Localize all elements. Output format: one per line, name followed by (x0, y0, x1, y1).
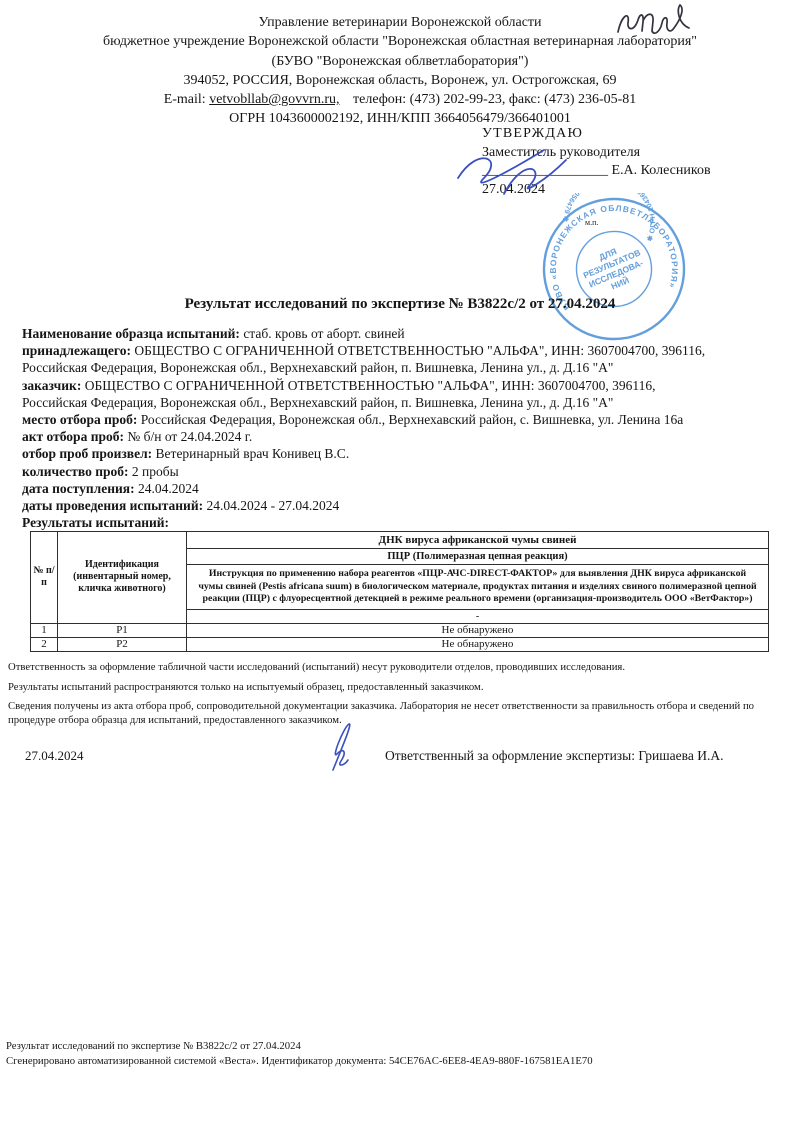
scanned-document-page: Управление ветеринарии Воронежской облас… (0, 0, 800, 1132)
field-sampling-place: место отбора проб: Российская Федерация,… (22, 411, 722, 428)
table-row: 2 P2 Не обнаружено (31, 637, 769, 651)
test-name-cell: ДНК вируса африканской чумы свиней (187, 532, 769, 549)
footer-expertise-line: Результат исследований по экспертизе № В… (6, 1039, 593, 1054)
footer-generated-line: Сгенерировано автоматизированной системо… (6, 1054, 593, 1069)
org-line-contacts: E-mail: vetvobllab@govvrn.ru, телефон: (… (0, 90, 800, 109)
org-line-authority: Управление ветеринарии Воронежской облас… (0, 13, 800, 32)
row-result: Не обнаружено (187, 637, 769, 651)
approver-signature (446, 140, 611, 198)
note-responsibility: Ответственность за оформление табличной … (8, 661, 775, 674)
field-sampling-act: акт отбора проб: № б/н от 24.04.2024 г. (22, 428, 722, 445)
responsible-person: Ответственный за оформление экспертизы: … (385, 748, 723, 764)
round-stamp: БУВО «ВОРОНЕЖСКАЯ ОБЛВЕТЛАБОРАТОРИЯ» ✱ О… (538, 193, 690, 345)
results-table: № п/п Идентификация (инвентарный номер, … (30, 531, 769, 652)
table-header-row: № п/п Идентификация (инвентарный номер, … (31, 532, 769, 549)
org-line-institution: бюджетное учреждение Воронежской области… (0, 32, 800, 51)
row-id: P2 (58, 637, 187, 651)
row-num: 2 (31, 637, 58, 651)
col-num-header: № п/п (31, 532, 58, 624)
signoff-date: 27.04.2024 (25, 748, 84, 764)
table-row: 1 P1 Не обнаружено (31, 623, 769, 637)
field-sample-count: количество проб: 2 пробы (22, 463, 722, 480)
org-line-short-name: (БУВО "Воронежская облветлаборатория") (0, 52, 800, 71)
disclaimer-notes: Ответственность за оформление табличной … (8, 661, 775, 733)
method-cell: ПЦР (Полимеразная цепная реакция) (187, 549, 769, 565)
field-test-dates: даты проведения испытаний: 24.04.2024 - … (22, 497, 722, 514)
document-footer: Результат исследований по экспертизе № В… (6, 1039, 593, 1069)
note-source: Сведения получены из акта отбора проб, с… (8, 700, 775, 726)
row-result: Не обнаружено (187, 623, 769, 637)
responsible-signature (303, 714, 378, 774)
field-receive-date: дата поступления: 24.04.2024 (22, 480, 722, 497)
document-title: Результат исследований по экспертизе № В… (0, 296, 800, 313)
org-line-address: 394052, РОССИЯ, Воронежская область, Вор… (0, 71, 800, 90)
email-value: vetvobllab@govvrn.ru, (209, 92, 339, 107)
field-results-heading: Результаты испытаний: (22, 514, 722, 531)
dash-cell: - (187, 609, 769, 623)
org-header: Управление ветеринарии Воронежской облас… (0, 13, 800, 129)
field-customer: заказчик: ОБЩЕСТВО С ОГРАНИЧЕННОЙ ОТВЕТС… (22, 377, 722, 411)
email-label: E-mail: (164, 92, 206, 107)
field-sample-name: Наименование образца испытаний: стаб. кр… (22, 325, 722, 342)
phone-fax: телефон: (473) 202-99-23, факс: (473) 23… (353, 92, 636, 107)
sample-fields: Наименование образца испытаний: стаб. кр… (22, 325, 722, 531)
field-sampler: отбор проб произвел: Ветеринарный врач К… (22, 445, 722, 462)
method-details-cell: Инструкция по применению набора реагенто… (187, 565, 769, 610)
field-owner: принадлежащего: ОБЩЕСТВО С ОГРАНИЧЕННОЙ … (22, 342, 722, 376)
col-id-header: Идентификация (инвентарный номер, кличка… (58, 532, 187, 624)
row-num: 1 (31, 623, 58, 637)
row-id: P1 (58, 623, 187, 637)
approver-name: Е.А. Колесников (612, 163, 711, 178)
note-scope: Результаты испытаний распространяются то… (8, 681, 775, 694)
